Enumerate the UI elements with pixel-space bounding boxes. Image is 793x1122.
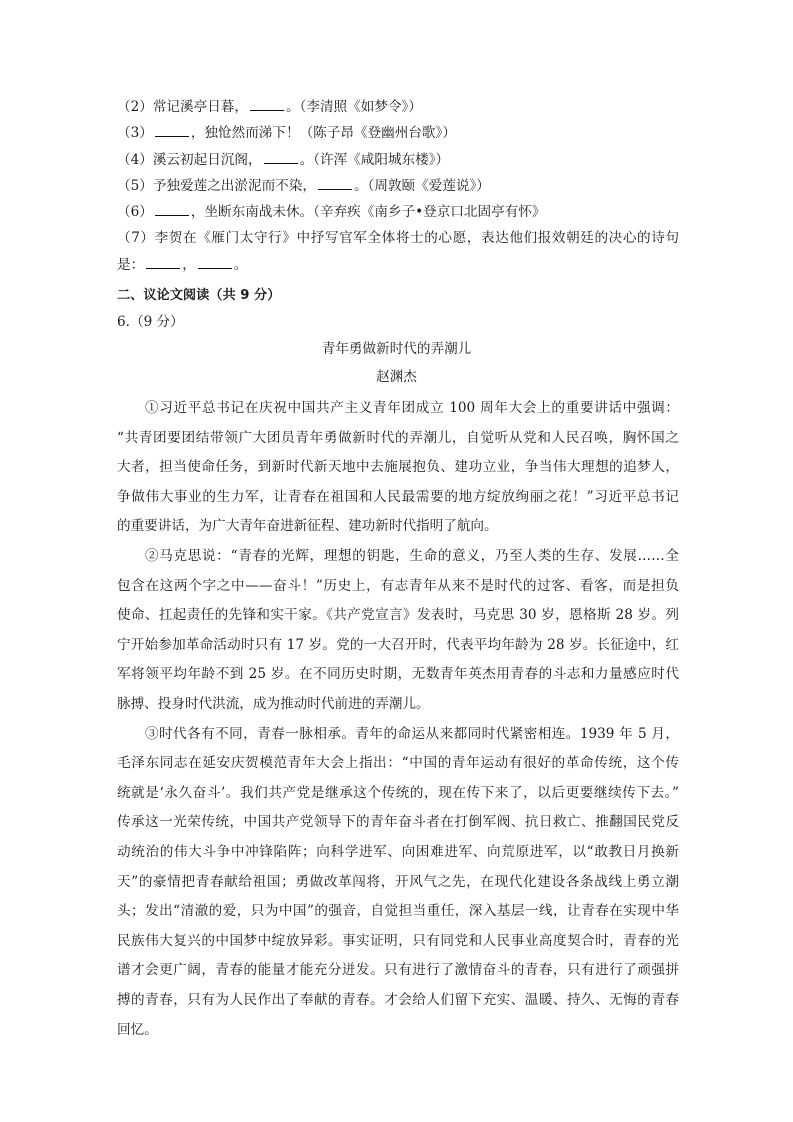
paragraph-line: 毛泽东同志在延安庆贺模范青年大会上指出：“中国的青年运动有很好的革命传统，这个传 xyxy=(117,753,679,773)
question-source: 。（许浑《咸阳城东楼》） xyxy=(300,152,450,168)
question-3: （3），独怆然而涕下！（陈子昂《登幽州台歌》） xyxy=(117,122,679,143)
paragraph-line: 军将领平均年龄不到 25 岁。在不同历史时期，无数青年英杰用青春的斗志和力量感应… xyxy=(117,664,679,684)
question-text: 常记溪亭日暮， xyxy=(153,99,248,115)
paragraph-line: 的重要讲话，为广大青年奋进新征程、建功新时代指明了航向。 xyxy=(117,516,679,536)
question-number: （7） xyxy=(117,230,155,246)
paragraph-line: 大者，担当使命任务，到新时代新天地中去施展抱负、建功立业，争当伟大理想的追梦人， xyxy=(117,457,679,477)
answer-blank xyxy=(318,175,352,190)
answer-blank xyxy=(155,201,189,216)
paragraph-line: 天”的豪情把青春献给祖国；勇做改革闯将，开风气之先，在现代化建设各条战线上勇立潮 xyxy=(117,872,679,892)
question-source: ，独怆然而涕下！（陈子昂《登幽州台歌》） xyxy=(191,125,456,141)
question-2: （2）常记溪亭日暮，。（李清照《如梦令》） xyxy=(117,96,679,117)
answer-blank xyxy=(264,149,298,164)
question-number: （4） xyxy=(117,152,153,168)
paragraph-line: 谱才会更广阔，青春的能量才能充分迸发。只有进行了激情奋斗的青春，只有进行了顽强拼 xyxy=(117,960,679,980)
answer-blank-2 xyxy=(198,254,232,269)
question-source: ，坐断东南战未休。（辛弃疾《南乡子•登京口北固亭有怀》 xyxy=(191,204,546,220)
paragraph-line: 包含在这两个字之中——奋斗！”历史上，有志青年从来不是时代的过客、看客，而是担负 xyxy=(117,576,679,596)
question-7-answer-line: 是：，。 xyxy=(117,254,679,275)
paragraph-line: 统就是‘永久奋斗’。我们共产党是继承这个传统的，现在传下来了，以后更要继续传下去… xyxy=(117,783,679,803)
question-source: 。（李清照《如梦令》） xyxy=(286,99,422,115)
paragraph-line: “共青团要团结带领广大团员青年勇做新时代的弄潮儿，自觉听从党和人民召唤，胸怀国之 xyxy=(117,428,679,448)
question-7: （7）李贺在《雁门太守行》中抒写官军全体将士的心愿，表达他们报效朝廷的决心的诗句 xyxy=(117,228,679,248)
question-number: （6） xyxy=(117,204,153,220)
paragraph-line: 头；发出“清澈的爱，只为中国”的强音，自觉担当重任，深入基层一线，让青春在实现中… xyxy=(117,901,679,921)
answer-prefix: 是： xyxy=(117,257,144,273)
question-text: 予独爱莲之出淤泥而不染， xyxy=(153,178,316,194)
answer-blank xyxy=(250,96,284,111)
question-6: （6），坐断东南战未休。（辛弃疾《南乡子•登京口北固亭有怀》 xyxy=(117,201,679,222)
paragraph-line: 宁开始参加革命活动时只有 17 岁。党的一大召开时，代表平均年龄为 28 岁。长… xyxy=(117,635,679,655)
essay-title: 青年勇做新时代的弄潮儿 xyxy=(0,339,793,359)
question-4: （4）溪云初起日沉阁，。（许浑《咸阳城东楼》） xyxy=(117,149,679,170)
paragraph-line: 争做伟大事业的生力军，让青春在祖国和人民最需要的地方绽放绚丽之花！”习近平总书记 xyxy=(117,487,679,507)
answer-separator: ， xyxy=(182,257,196,273)
paragraph-line: 脉搏、投身时代洪流，成为推动时代前进的弄潮儿。 xyxy=(117,694,679,714)
question-5: （5）予独爱莲之出淤泥而不染，。（周敦颐《爱莲说》） xyxy=(117,175,679,196)
paragraph-first-line: ③时代各有不同，青春一脉相承。青年的命运从来都同时代紧密相连。1939 年 5 … xyxy=(145,724,679,744)
paragraph-line: 民族伟大复兴的中国梦中绽放异彩。事实证明，只有同党和人民事业高度契合时，青春的光 xyxy=(117,931,679,951)
answer-blank xyxy=(155,122,189,137)
answer-end: 。 xyxy=(234,257,248,273)
question-number: （2） xyxy=(117,99,153,115)
question-number: （3） xyxy=(117,125,153,141)
question-source: 。（周敦颐《爱莲说》） xyxy=(354,178,490,194)
paragraph-line: 动统治的伟大斗争中冲锋陷阵；向科学进军、向困难进军、向荒原进军，以“敢教日月换新 xyxy=(117,842,679,862)
paragraph-line: 传承这一光荣传统，中国共产党领导下的青年奋斗者在打倒军阀、抗日救亡、推翻国民党反 xyxy=(117,812,679,832)
paragraph-first-line: ①习近平总书记在庆祝中国共产主义青年团成立 100 周年大会上的重要讲话中强调： xyxy=(145,398,679,418)
question-number: （5） xyxy=(117,178,153,194)
question-label: 6.（9 分） xyxy=(117,312,679,332)
document-page: （2）常记溪亭日暮，。（李清照《如梦令》） （3），独怆然而涕下！（陈子昂《登幽… xyxy=(0,0,793,1122)
paragraph-line: 使命、扛起责任的先锋和实干家。《共产党宣言》发表时，马克思 30 岁，恩格斯 2… xyxy=(117,605,679,625)
question-text: 李贺在《雁门太守行》中抒写官军全体将士的心愿，表达他们报效朝廷的决心的诗句 xyxy=(155,230,679,246)
section-title: 二、议论文阅读（共 9 分） xyxy=(117,286,679,306)
paragraph-first-line: ②马克思说：“青春的光辉，理想的钥匙，生命的意义，乃至人类的生存、发展……全 xyxy=(145,546,679,566)
answer-blank-1 xyxy=(146,254,180,269)
paragraph-line: 回忆。 xyxy=(117,1020,679,1040)
paragraph-line: 搏的青春，只有为人民作出了奉献的青春。才会给人们留下充实、温暖、持久、无悔的青春 xyxy=(117,990,679,1010)
essay-author: 赵渊杰 xyxy=(0,367,793,387)
question-text: 溪云初起日沉阁， xyxy=(153,152,262,168)
